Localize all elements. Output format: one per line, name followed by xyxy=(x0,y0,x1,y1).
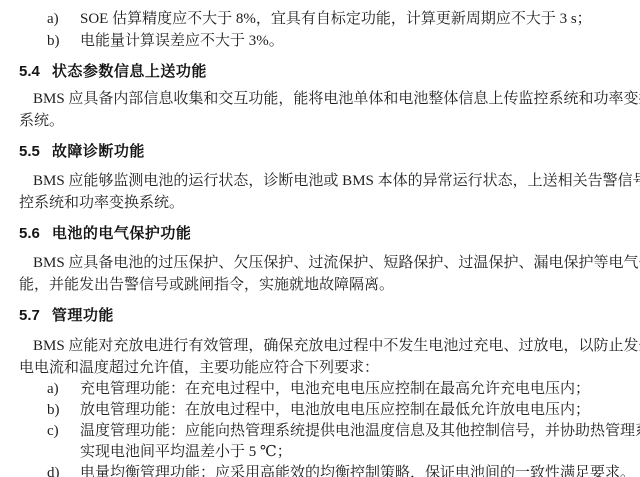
list-item-text: 放电管理功能：在放电过程中，电池放电电压应控制在最低允许放电电压内； xyxy=(80,400,622,421)
paragraph-line: 能，并能发出告警信号或跳闸指令，实施就地故障隔离。 xyxy=(19,274,622,296)
section-paragraph: BMS 应具备内部信息收集和交互功能，能将电池单体和电池整体信息上传监控系统和功… xyxy=(19,88,622,132)
section-title: 故障诊断功能 xyxy=(52,141,145,163)
intro-list: a) SOE 估算精度应不大于 8%，宜具有自标定功能，计算更新周期应不大于 3… xyxy=(19,8,622,52)
paragraph-line: 电电流和温度超过允许值，主要功能应符合下列要求： xyxy=(19,357,622,379)
paragraph-line: BMS 应具备内部信息收集和交互功能，能将电池单体和电池整体信息上传监控系统和功… xyxy=(19,88,622,110)
list-item: a) 充电管理功能：在充电过程中，电池充电电压应控制在最高允许充电电压内； xyxy=(47,379,622,400)
section: 5.7 管理功能 BMS 应能对充放电进行有效管理，确保充放电过程中不发生电池过… xyxy=(19,305,622,477)
section-heading: 5.4 状态参数信息上送功能 xyxy=(19,61,622,83)
list-item-text: 充电管理功能：在充电过程中，电池充电电压应控制在最高允许充电电压内； xyxy=(80,379,622,400)
paragraph-line: BMS 应具备电池的过压保护、欠压保护、过流保护、短路保护、过温保护、漏电保护等… xyxy=(19,252,622,274)
list-item-text: SOE 估算精度应不大于 8%，宜具有自标定功能，计算更新周期应不大于 3 s； xyxy=(80,8,622,30)
section: 5.6 电池的电气保护功能 BMS 应具备电池的过压保护、欠压保护、过流保护、短… xyxy=(19,223,622,296)
section-heading: 5.6 电池的电气保护功能 xyxy=(19,223,622,245)
list-item: a) SOE 估算精度应不大于 8%，宜具有自标定功能，计算更新周期应不大于 3… xyxy=(47,8,622,30)
list-item-marker: c) xyxy=(47,421,80,442)
list-item-line: 电能量计算误差应不大于 3%。 xyxy=(80,30,622,52)
paragraph-line: BMS 应能够监测电池的运行状态，诊断电池或 BMS 本体的异常运行状态，上送相… xyxy=(19,170,622,192)
section-number: 5.4 xyxy=(19,61,40,83)
list-item-text: 电能量计算误差应不大于 3%。 xyxy=(80,30,622,52)
list-item-line: 实现电池间平均温差小于 5 ℃； xyxy=(80,442,640,463)
section-list: a) 充电管理功能：在充电过程中，电池充电电压应控制在最高允许充电电压内； b)… xyxy=(19,379,622,477)
section-heading: 5.7 管理功能 xyxy=(19,305,622,327)
list-item-line: 电量均衡管理功能：应采用高能效的均衡控制策略，保证电池间的一致性满足要求。 xyxy=(80,463,635,477)
list-item: b) 放电管理功能：在放电过程中，电池放电电压应控制在最低允许放电电压内； xyxy=(47,400,622,421)
section-paragraph: BMS 应能够监测电池的运行状态，诊断电池或 BMS 本体的异常运行状态，上送相… xyxy=(19,170,622,214)
section-number: 5.6 xyxy=(19,223,40,245)
list-item-text: 电量均衡管理功能：应采用高能效的均衡控制策略，保证电池间的一致性满足要求。 xyxy=(80,463,635,477)
list-item-line: SOE 估算精度应不大于 8%，宜具有自标定功能，计算更新周期应不大于 3 s； xyxy=(80,8,622,30)
section-title: 电池的电气保护功能 xyxy=(52,223,192,245)
paragraph-line: 控系统和功率变换系统。 xyxy=(19,192,622,214)
section-title: 管理功能 xyxy=(52,305,114,327)
section-paragraph: BMS 应能对充放电进行有效管理，确保充放电过程中不发生电池过充电、过放电，以防… xyxy=(19,335,622,379)
section-number: 5.7 xyxy=(19,305,40,327)
list-item-marker: b) xyxy=(47,30,80,52)
paragraph-line: 系统。 xyxy=(19,110,622,132)
paragraph-line: BMS 应能对充放电进行有效管理，确保充放电过程中不发生电池过充电、过放电，以防… xyxy=(19,335,622,357)
section: 5.4 状态参数信息上送功能 BMS 应具备内部信息收集和交互功能，能将电池单体… xyxy=(19,61,622,132)
list-item-marker: a) xyxy=(47,379,80,400)
list-item: c) 温度管理功能：应能向热管理系统提供电池温度信息及其他控制信号，并协助热管理… xyxy=(47,421,622,463)
list-item-line: 充电管理功能：在充电过程中，电池充电电压应控制在最高允许充电电压内； xyxy=(80,379,622,400)
list-item-line: 放电管理功能：在放电过程中，电池放电电压应控制在最低允许放电电压内； xyxy=(80,400,622,421)
section-paragraph: BMS 应具备电池的过压保护、欠压保护、过流保护、短路保护、过温保护、漏电保护等… xyxy=(19,252,622,296)
section-number: 5.5 xyxy=(19,141,40,163)
list-item-marker: d) xyxy=(47,463,80,477)
list-item-marker: b) xyxy=(47,400,80,421)
list-item: d) 电量均衡管理功能：应采用高能效的均衡控制策略，保证电池间的一致性满足要求。 xyxy=(47,463,622,477)
section-heading: 5.5 故障诊断功能 xyxy=(19,141,622,163)
section-title: 状态参数信息上送功能 xyxy=(52,61,207,83)
document-page: a) SOE 估算精度应不大于 8%，宜具有自标定功能，计算更新周期应不大于 3… xyxy=(0,0,640,477)
section: 5.5 故障诊断功能 BMS 应能够监测电池的运行状态，诊断电池或 BMS 本体… xyxy=(19,141,622,214)
list-item-marker: a) xyxy=(47,8,80,30)
sections-root: 5.4 状态参数信息上送功能 BMS 应具备内部信息收集和交互功能，能将电池单体… xyxy=(19,61,622,477)
list-item: b) 电能量计算误差应不大于 3%。 xyxy=(47,30,622,52)
list-item-line: 温度管理功能：应能向热管理系统提供电池温度信息及其他控制信号，并协助热管理系统控… xyxy=(80,421,640,442)
list-item-text: 温度管理功能：应能向热管理系统提供电池温度信息及其他控制信号，并协助热管理系统控… xyxy=(80,421,640,463)
